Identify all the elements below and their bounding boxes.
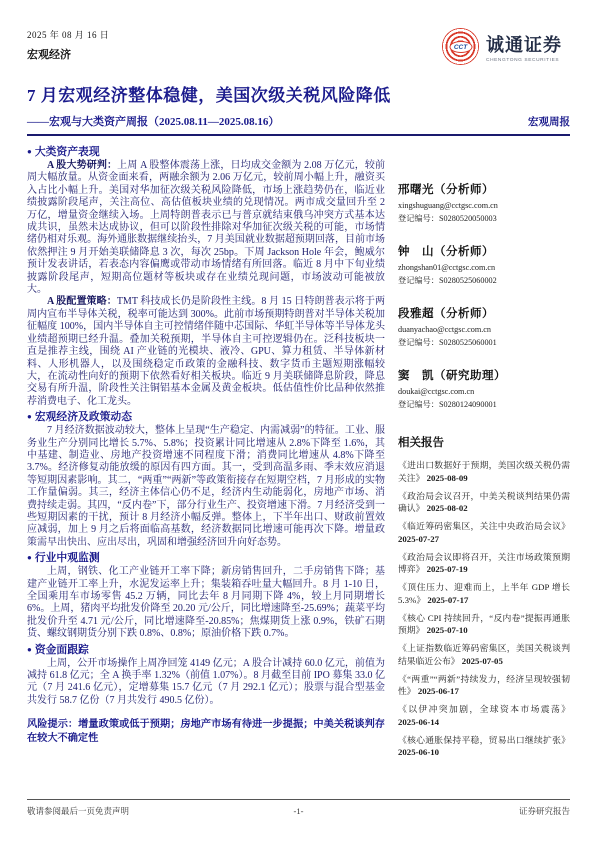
related-report-item: 《进出口数据好于预期，美国次级关税仍需关注》 2025-08-09 <box>398 459 570 484</box>
report-category: 宏观经济 <box>27 46 109 62</box>
report-title: 《核心通胀保持平稳，贸易出口继续扩张》 <box>398 735 570 745</box>
analyst-email: xingshuguang@cctgsc.com.cn <box>398 201 570 210</box>
analyst-registration: 登记编号：S0280525060001 <box>398 337 570 348</box>
registration-label: 登记编号： <box>398 338 439 347</box>
page-footer: 敬请参阅最后一页免责声明 -1- 证券研究报告 <box>27 799 570 817</box>
analyst-block: 邢曙光（分析师） xingshuguang@cctgsc.com.cn 登记编号… <box>398 181 570 224</box>
footer-page-number: -1- <box>208 806 389 816</box>
related-report-item: 《临近筹码密集区，关注中央政治局会议》 2025-07-27 <box>398 520 570 545</box>
section-heading-liquidity: ●资金面跟踪 <box>27 643 385 657</box>
analyst-email: doukai@cctgsc.com.cn <box>398 387 570 396</box>
analyst-name: 钟 山（分析师） <box>398 243 570 259</box>
related-reports-heading: 相关报告 <box>398 434 570 450</box>
report-date: 2025-06-10 <box>398 747 439 757</box>
section-heading-assets: ●大类资产表现 <box>27 145 385 159</box>
analyst-block: 窦 凯（研究助理） doukai@cctgsc.com.cn 登记编号：S028… <box>398 367 570 410</box>
analyst-registration: 登记编号：S0280124090001 <box>398 399 570 410</box>
paragraph: 上周，公开市场操作上周净回笼 4149 亿元；A 股合计减持 60.0 亿元，前… <box>27 658 385 708</box>
section-heading-label: 大类资产表现 <box>35 146 100 158</box>
report-date: 2025-07-05 <box>462 656 503 666</box>
report-page: 2025 年 08 月 16 日 宏观经济 CCT 诚通证券 CHENGTONG… <box>0 0 595 842</box>
report-subtitle: ——宏观与大类资产周报（2025.08.11—2025.08.16） <box>27 113 279 129</box>
analyst-name-text: 钟 山 <box>398 246 434 258</box>
report-date: 2025-07-17 <box>427 595 468 605</box>
subtitle-row: ——宏观与大类资产周报（2025.08.11—2025.08.16） 宏观周报 <box>27 113 570 136</box>
analyst-email: duanyachao@cctgsc.com.cn <box>398 325 570 334</box>
registration-number: S0280525060001 <box>439 338 497 347</box>
bullet-icon: ● <box>27 412 32 421</box>
report-date: 2025-07-27 <box>398 534 439 544</box>
analyst-role: （分析师） <box>434 308 494 320</box>
registration-number: S0280525060002 <box>439 276 497 285</box>
registration-label: 登记编号： <box>398 276 439 285</box>
analyst-name: 窦 凯（研究助理） <box>398 367 570 383</box>
brand-cct-label: CCT <box>449 41 472 53</box>
report-type-label: 宏观周报 <box>528 114 570 129</box>
paragraph-text: TMT 科技成长仍是阶段性主线。8 月 15 日特朗普表示将于两周内宣布半导体关… <box>27 296 385 406</box>
top-bar: 2025 年 08 月 16 日 宏观经济 CCT 诚通证券 CHENGTONG… <box>27 28 570 65</box>
date-category-block: 2025 年 08 月 16 日 宏观经济 <box>27 28 109 62</box>
content-area: ●大类资产表现 A 股大势研判：上周 A 股整体震荡上涨，日均成交金额为 2.0… <box>27 143 570 764</box>
page-title: 7 月宏观经济整体稳健，美国次级关税风险降低 <box>27 81 570 106</box>
brand-name-en: CHENGTONG SECURITIES <box>486 58 562 63</box>
analyst-role: （分析师） <box>434 246 494 258</box>
registration-number: S0280124090001 <box>439 400 497 409</box>
paragraph-text: 上周 A 股整体震荡上涨，日均成交金额为 2.08 万亿元，较前周大幅放量。从资… <box>27 160 385 295</box>
paragraph: 7 月经济数据波动较大，整体上呈现“生产稳定、内需减弱”的特征。工业、服务业生产… <box>27 425 385 549</box>
section-heading-label: 宏观经济及政策动态 <box>35 411 132 423</box>
paragraph-text: 上周，钢铁、化工产业链开工率下降；新房销售回升，二手房销售下降；基建产业链开工率… <box>27 566 385 639</box>
report-date: 2025-07-10 <box>427 625 468 635</box>
related-report-item: 《上证指数临近筹码密集区，美国关税谈判结果临近公布》 2025-07-05 <box>398 642 570 667</box>
footer-disclaimer: 敬请参阅最后一页免责声明 <box>27 805 208 817</box>
analyst-block: 段雅超（分析师） duanyachao@cctgsc.com.cn 登记编号：S… <box>398 305 570 348</box>
paragraph-lead: A 股大势研判： <box>47 160 117 171</box>
bullet-icon: ● <box>27 147 32 156</box>
analyst-name: 段雅超（分析师） <box>398 305 570 321</box>
report-date: 2025 年 08 月 16 日 <box>27 28 109 41</box>
footer-report-type: 证券研究报告 <box>389 805 570 817</box>
brand-text-block: 诚通证券 CHENGTONG SECURITIES <box>486 31 562 63</box>
analyst-block: 钟 山（分析师） zhongshan01@cctgsc.com.cn 登记编号：… <box>398 243 570 286</box>
analyst-name-text: 窦 凯 <box>398 370 434 382</box>
bullet-icon: ● <box>27 645 32 654</box>
section-heading-label: 资金面跟踪 <box>35 644 89 656</box>
related-report-item: 《“两重”“两新”持续发力，经济呈现较强韧性》 2025-06-17 <box>398 673 570 698</box>
analyst-role: （分析师） <box>434 184 494 196</box>
report-title: 《政治局会议召开，中美关税谈判结果仍需确认》 <box>398 491 570 514</box>
report-title: 《核心 CPI 持续回升，“反内卷”提振再通胀预期》 <box>398 613 570 636</box>
report-date: 2025-06-14 <box>398 717 439 727</box>
report-title: 《进出口数据好于预期，美国次级关税仍需关注》 <box>398 460 570 483</box>
report-title: 《以伊冲突加剧，全球资本市场震荡》 <box>398 704 570 714</box>
analyst-registration: 登记编号：S0280520050003 <box>398 213 570 224</box>
report-title: 《临近筹码密集区，关注中央政治局会议》 <box>398 521 570 531</box>
report-title: 《政治局会议即将召开，关注市场政策预期博弈》 <box>398 552 570 575</box>
paragraph: A 股大势研判：上周 A 股整体震荡上涨，日均成交金额为 2.08 万亿元，较前… <box>27 160 385 296</box>
section-heading-industry: ●行业中观监测 <box>27 551 385 565</box>
bullet-icon: ● <box>27 553 32 562</box>
related-report-item: 《顶住压力、迎难而上，上半年 GDP 增长 5.3%》 2025-07-17 <box>398 581 570 606</box>
risk-warning: 风险提示：增量政策或低于预期；房地产市场有待进一步提振；中美关税谈判存在较大不确… <box>27 718 385 745</box>
brand-logo: CCT 诚通证券 CHENGTONG SECURITIES <box>442 28 562 65</box>
paragraph: 上周，钢铁、化工产业链开工率下降；新房销售回升，二手房销售下降；基建产业链开工率… <box>27 566 385 640</box>
related-report-item: 《政治局会议即将召开，关注市场政策预期博弈》 2025-07-19 <box>398 551 570 576</box>
related-report-item: 《核心通胀保持平稳，贸易出口继续扩张》 2025-06-10 <box>398 734 570 759</box>
paragraph-text: 上周，公开市场操作上周净回笼 4149 亿元；A 股合计减持 60.0 亿元，前… <box>27 658 385 706</box>
brand-globe-icon: CCT <box>442 28 479 65</box>
analyst-name-text: 段雅超 <box>398 308 434 320</box>
section-heading-macro: ●宏观经济及政策动态 <box>27 410 385 424</box>
related-report-item: 《政治局会议召开，中美关税谈判结果仍需确认》 2025-08-02 <box>398 490 570 515</box>
analyst-name: 邢曙光（分析师） <box>398 181 570 197</box>
related-report-item: 《以伊冲突加剧，全球资本市场震荡》 2025-06-14 <box>398 703 570 728</box>
related-report-item: 《核心 CPI 持续回升，“反内卷”提振再通胀预期》 2025-07-10 <box>398 612 570 637</box>
registration-number: S0280520050003 <box>439 214 497 223</box>
report-date: 2025-08-09 <box>427 473 468 483</box>
report-date: 2025-08-02 <box>427 503 468 513</box>
registration-label: 登记编号： <box>398 400 439 409</box>
paragraph: A 股配置策略：TMT 科技成长仍是阶段性主线。8 月 15 日特朗普表示将于两… <box>27 296 385 408</box>
report-title: 《顶住压力、迎难而上，上半年 GDP 增长 5.3%》 <box>398 582 570 605</box>
brand-name-cn: 诚通证券 <box>486 31 562 57</box>
paragraph-text: 7 月经济数据波动较大，整体上呈现“生产稳定、内需减弱”的特征。工业、服务业生产… <box>27 425 385 548</box>
main-column: ●大类资产表现 A 股大势研判：上周 A 股整体震荡上涨，日均成交金额为 2.0… <box>27 143 385 764</box>
registration-label: 登记编号： <box>398 214 439 223</box>
analyst-name-text: 邢曙光 <box>398 184 434 196</box>
report-date: 2025-07-19 <box>427 564 468 574</box>
analyst-registration: 登记编号：S0280525060002 <box>398 275 570 286</box>
paragraph-lead: A 股配置策略： <box>47 296 117 307</box>
report-date: 2025-06-17 <box>418 686 459 696</box>
analyst-role: （研究助理） <box>434 370 506 382</box>
analyst-email: zhongshan01@cctgsc.com.cn <box>398 263 570 272</box>
sidebar: 邢曙光（分析师） xingshuguang@cctgsc.com.cn 登记编号… <box>385 143 570 764</box>
section-heading-label: 行业中观监测 <box>35 552 100 564</box>
